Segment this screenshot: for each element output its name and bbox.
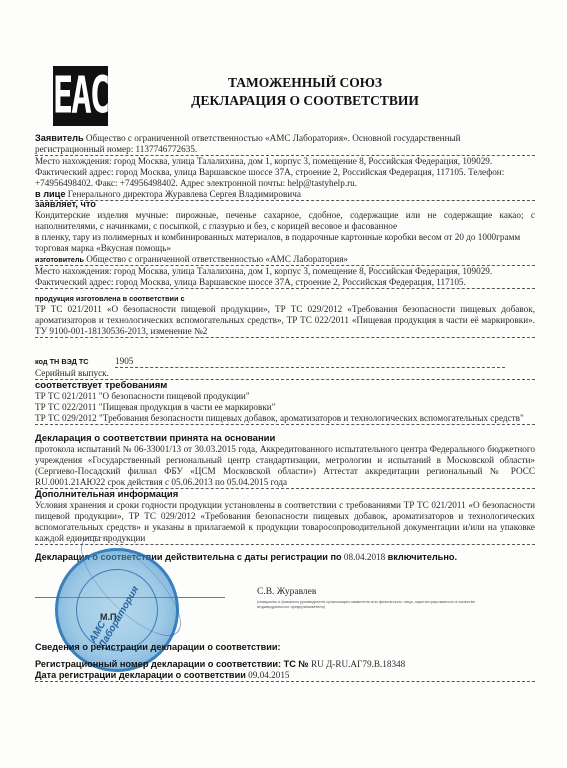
stamp-place-label: М.П. xyxy=(100,612,119,622)
registration-number: RU Д-RU.АГ79.В.18348 xyxy=(311,659,405,669)
validity-date: 08.04.2018 xyxy=(344,552,385,562)
tnved-section: код ТН ВЭД ТС 1905 Серийный выпуск. соот… xyxy=(35,356,535,425)
applicant-address-1: Место нахождения: город Москва, улица Та… xyxy=(35,156,535,167)
applicant-label: Заявитель xyxy=(35,133,84,143)
basis-label: Декларация о соответствии принята на осн… xyxy=(35,433,535,444)
produced-per-text: ТР ТС 021/2011 «О безопасности пищевой п… xyxy=(35,304,535,338)
applicant-ogrn: регистрационный номер: 1137746772635. xyxy=(35,144,535,156)
applicant-section: Заявитель Общество с ограниченной ответс… xyxy=(35,133,535,201)
product-description-1: Кондитерские изделия мучные: пирожные, п… xyxy=(35,210,535,232)
validity-suffix: включительно. xyxy=(388,552,457,562)
complies-item-1: ТР ТС 021/2011 "О безопасности пищевой п… xyxy=(35,391,535,402)
produced-per-label: продукция изготовлена в соответствии с xyxy=(35,293,535,304)
manufacturer-address-1: Место нахождения: город Москва, улица Та… xyxy=(35,266,535,277)
manufacturer-label: изготовитель xyxy=(35,255,84,264)
complies-item-3: ТР ТС 029/2012 "Требования безопасности … xyxy=(35,413,535,425)
manufacturer-address-2: Фактический адрес: город Москва, улица В… xyxy=(35,277,535,289)
registration-number-label: Регистрационный номер декларации о соотв… xyxy=(35,659,309,669)
title-line-1: ТАМОЖЕННЫЙ СОЮЗ xyxy=(150,74,460,92)
basis-section: Декларация о соответствии принята на осн… xyxy=(35,433,535,545)
complies-label: соответствует требованиям xyxy=(35,380,535,391)
registration-date-label: Дата регистрации декларации о соответств… xyxy=(35,670,246,680)
product-description-3: торговая марка «Вкусная помощь» xyxy=(35,243,535,254)
manufacturer-name: Общество с ограниченной ответственностью… xyxy=(86,254,348,264)
applicant-address-3: +74956498402. Факс: +74956498402. Адрес … xyxy=(35,178,535,189)
eac-logo: ЕАС xyxy=(53,66,108,126)
person-label: в лице xyxy=(35,189,65,199)
document-title: ТАМОЖЕННЫЙ СОЮЗ ДЕКЛАРАЦИЯ О СООТВЕТСТВИ… xyxy=(150,74,460,110)
tnved-value: 1905 xyxy=(115,356,505,368)
registration-date: 09.04.2015 xyxy=(248,670,289,680)
person-name: Генерального директора Журавлева Сергея … xyxy=(68,189,301,199)
produced-per-section: продукция изготовлена в соответствии с Т… xyxy=(35,293,535,338)
tnved-label: код ТН ВЭД ТС xyxy=(35,356,115,368)
declares-label: заявляет, что xyxy=(35,199,535,210)
serial-release: Серийный выпуск. xyxy=(35,368,535,380)
additional-text: Условия хранения и сроки годности продук… xyxy=(35,500,535,545)
signer-name: С.В. Журавлев xyxy=(257,587,316,597)
registration-heading: Сведения о регистрации декларации о соот… xyxy=(35,642,535,653)
declares-section: заявляет, что Кондитерские изделия мучны… xyxy=(35,199,535,289)
applicant-text: Общество с ограниченной ответственностью… xyxy=(86,133,461,143)
complies-item-2: ТР ТС 022/2011 "Пищевая продукция в част… xyxy=(35,402,535,413)
registration-section: Сведения о регистрации декларации о соот… xyxy=(35,642,535,682)
additional-label: Дополнительная информация xyxy=(35,489,535,500)
signer-note: (инициалы и фамилия руководителя организ… xyxy=(257,599,507,609)
applicant-address-2: Фактический адрес: город Москва, улица В… xyxy=(35,167,535,178)
product-description-2: в пленку, тару из полимерных и комбиниро… xyxy=(35,232,535,243)
basis-text: протокола испытаний № 06-33001/13 от 30.… xyxy=(35,444,535,489)
title-line-2: ДЕКЛАРАЦИЯ О СООТВЕТСТВИИ xyxy=(150,92,460,110)
